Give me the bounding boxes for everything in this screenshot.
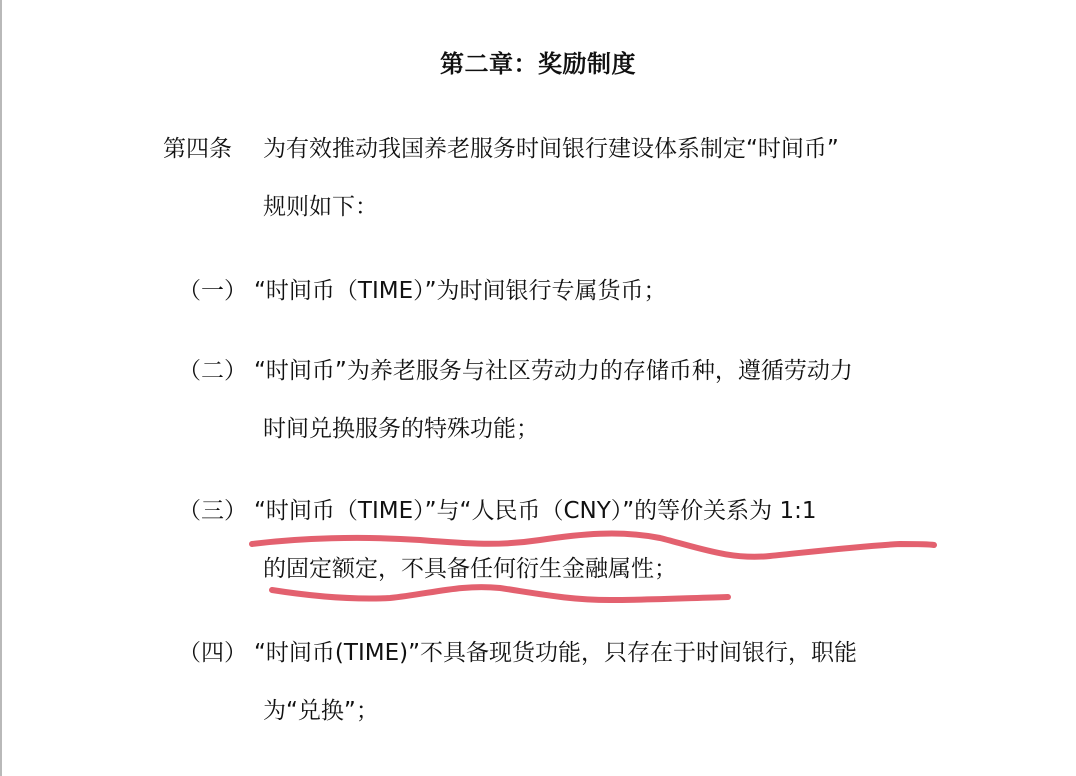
item-3-line-2: 的固定额定，不具备任何衍生金融属性； xyxy=(263,554,677,584)
item-3-text: “时间币（TIME）”与“人民币（CNY）”的等价关系为 1:1 xyxy=(254,498,817,524)
item-4-label: （四） xyxy=(178,638,254,668)
item-2-line-2: 时间兑换服务的特殊功能； xyxy=(263,414,539,444)
item-3-line-1: （三）“时间币（TIME）”与“人民币（CNY）”的等价关系为 1:1 xyxy=(178,496,817,526)
item-1-label: （一） xyxy=(178,276,254,306)
item-4-text: “时间币(TIME)”不具备现货功能，只存在于时间银行，职能 xyxy=(254,640,857,666)
document-page: 第二章：奖励制度 第四条为有效推动我国养老服务时间银行建设体系制定“时间币” 规… xyxy=(0,0,1076,776)
article-line-2: 规则如下： xyxy=(263,192,378,222)
item-2-line-1: （二）“时间币”为养老服务与社区劳动力的存储币种，遵循劳动力 xyxy=(178,356,853,386)
article-text: 为有效推动我国养老服务时间银行建设体系制定“时间币” xyxy=(263,136,839,162)
item-1-text: “时间币（TIME）”为时间银行专属货币； xyxy=(254,278,667,304)
article-label: 第四条 xyxy=(163,134,263,164)
article-line-1: 第四条为有效推动我国养老服务时间银行建设体系制定“时间币” xyxy=(163,134,839,164)
item-2-label: （二） xyxy=(178,356,254,386)
underline-stroke-2 xyxy=(272,587,728,600)
item-3-label: （三） xyxy=(178,496,254,526)
item-4-line-2: 为“兑换”； xyxy=(263,696,379,726)
item-2-text: “时间币”为养老服务与社区劳动力的存储币种，遵循劳动力 xyxy=(254,358,853,384)
chapter-title: 第二章：奖励制度 xyxy=(0,44,1076,79)
item-1-line-1: （一）“时间币（TIME）”为时间银行专属货币； xyxy=(178,276,667,306)
item-4-line-1: （四）“时间币(TIME)”不具备现货功能，只存在于时间银行，职能 xyxy=(178,638,857,668)
